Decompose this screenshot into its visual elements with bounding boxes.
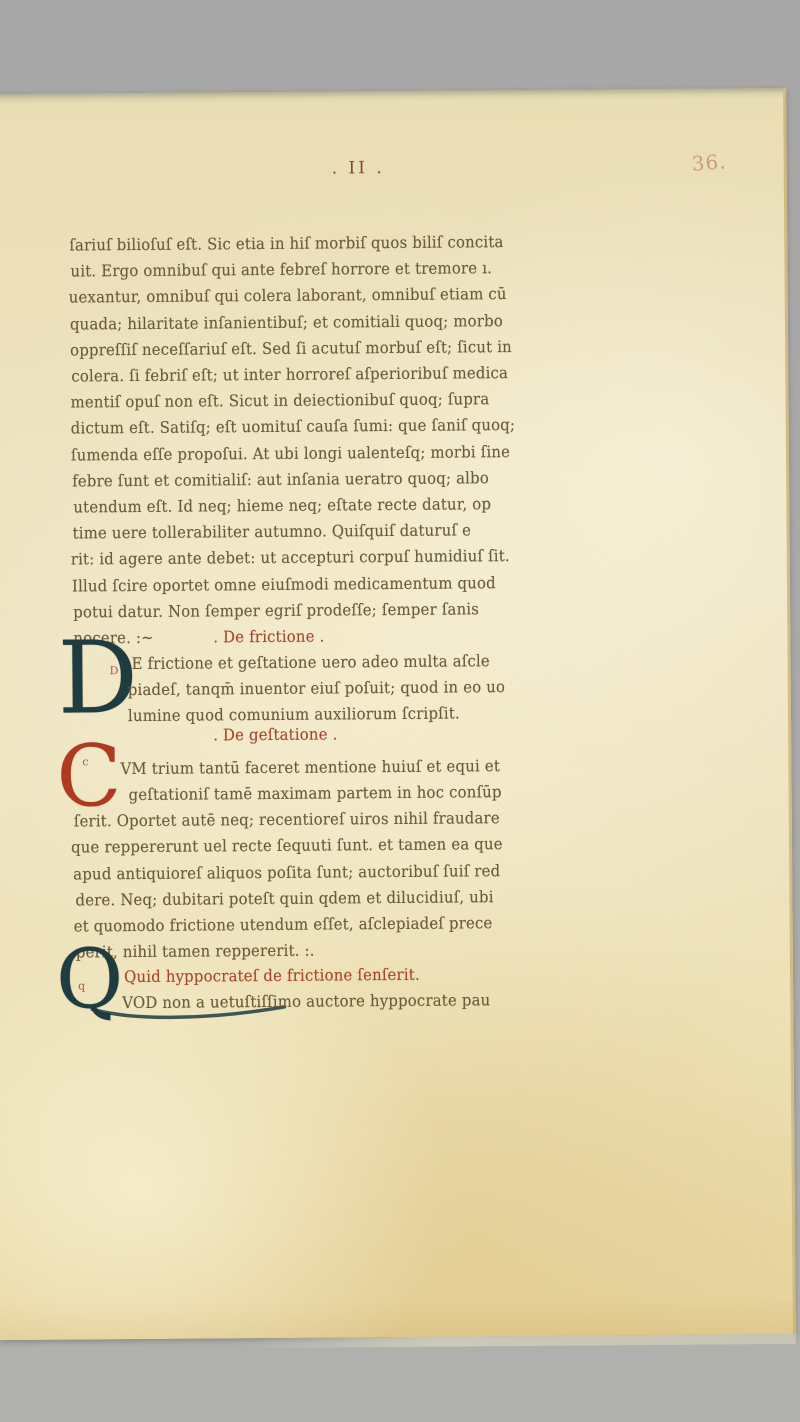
- text-line: VOD non a uetuſtiſſimo auctore hyppocrat…: [122, 990, 490, 1013]
- text-line: uit. Ergo omnibuſ qui ante febreſ horror…: [70, 258, 492, 281]
- folio-number: 36.: [691, 149, 728, 176]
- text-line: ſariuſ bilioſuſ eſt. Sic etia in hiſ mor…: [69, 232, 503, 255]
- text-line: quada; hilaritate inſanientibuſ; et comi…: [70, 311, 503, 334]
- text-line: ſumenda eſſe propoſui. At ubi longi uale…: [71, 442, 510, 465]
- text-line: febre ſunt et comitialiſ: aut inſania ue…: [72, 468, 489, 491]
- rubric-de-frictione: . De frictione .: [213, 627, 324, 647]
- parchment-page: . II . 36. ſariuſ bilioſuſ eſt. Sic etia…: [0, 88, 796, 1340]
- manuscript-photo: . II . 36. ſariuſ bilioſuſ eſt. Sic etia…: [0, 0, 800, 1422]
- text-line: ſerit. Oportet autē neq; recentioreſ uir…: [74, 808, 500, 831]
- guide-letter-d: D: [110, 664, 119, 677]
- text-line: rit: id agere ante debet: ut accepturi c…: [71, 546, 510, 569]
- text-line: mentiſ opuſ non eſt. Sicut in deiectioni…: [70, 389, 489, 412]
- text-line: dictum eſt. Satiſq; eſt uomituſ cauſa ſu…: [71, 415, 516, 438]
- text-line: piadeſ, tanqm̄ inuentor eiuſ poſuit; quo…: [128, 677, 505, 700]
- text-line: lumine quod comunium auxiliorum ſcripſit…: [128, 703, 460, 726]
- guide-letter-c: c: [82, 755, 88, 768]
- text-line: colera. ſi febriſ eſt; ut inter horroreſ…: [71, 363, 508, 386]
- text-line: apud antiquioreſ aliquos poſita ſunt; au…: [73, 861, 500, 884]
- text-line: oppreſſiſ neceſſariuſ eſt. Sed ſi acutuſ…: [70, 337, 512, 360]
- text-line: uexantur, omnibuſ qui colera laborant, o…: [69, 284, 507, 307]
- illuminated-initial-c: C: [56, 743, 122, 812]
- text-line: utendum eſt. Id neq; hieme neq; eſtate r…: [73, 494, 491, 517]
- rubric-quid-hyppocrates: Quid hyppocrateſ de frictione ſenſerit.: [124, 965, 420, 987]
- text-line: et quomodo frictione utendum eſſet, aſcl…: [74, 913, 493, 936]
- text-line: VM trium tantū faceret mentione huiuſ et…: [120, 756, 500, 779]
- text-line: que reppererunt uel recte ſequuti ſunt. …: [71, 834, 503, 857]
- guide-letter-q: q: [78, 979, 85, 992]
- text-line: dere. Neq; dubitari poteſt quin qdem et …: [75, 887, 493, 910]
- text-line: E frictione et geſtatione uero adeo mult…: [132, 651, 490, 674]
- text-line: time uere tollerabiliter autumno. Quiſqu…: [72, 520, 471, 543]
- quire-number: . II .: [332, 158, 385, 178]
- illuminated-initial-d: D: [57, 638, 138, 719]
- text-line: geſtationiſ tamē maximam partem in hoc c…: [129, 782, 502, 805]
- rubric-de-gestatione: . De geſtatione .: [213, 724, 337, 745]
- text-line: Illud ſcire oportet omne eiuſmodi medica…: [72, 573, 496, 596]
